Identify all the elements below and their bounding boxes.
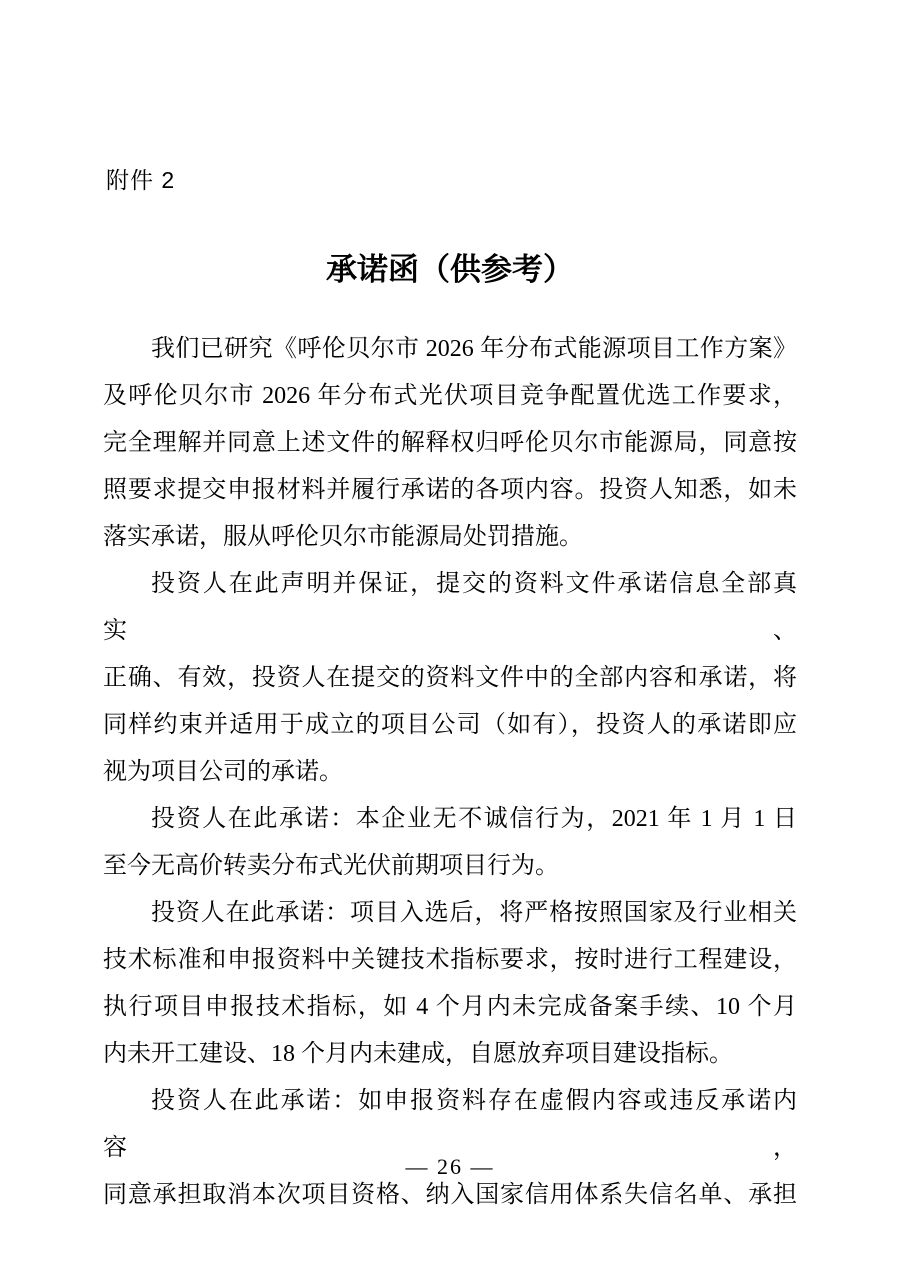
text-line: 正确、有效，投资人在提交的资料文件中的全部内容和承诺，将	[103, 655, 797, 702]
document-body: 我们已研究《呼伦贝尔市 2026 年分布式能源项目工作方案》及呼伦贝尔市 202…	[103, 326, 797, 1219]
page-number: — 26 —	[0, 1152, 900, 1182]
text-line: 投资人在此声明并保证，提交的资料文件承诺信息全部真实、	[103, 561, 797, 655]
text-line: 照要求提交申报材料并履行承诺的各项内容。投资人知悉，如未	[103, 467, 797, 514]
text-line: 落实承诺，服从呼伦贝尔市能源局处罚措施。	[103, 514, 797, 561]
text-line: 内未开工建设、18 个月内未建成，自愿放弃项目建设指标。	[103, 1031, 797, 1078]
text-line: 技术标准和申报资料中关键技术指标要求，按时进行工程建设，	[103, 937, 797, 984]
text-line: 执行项目申报技术指标，如 4 个月内未完成备案手续、10 个月	[103, 984, 797, 1031]
text-line: 投资人在此承诺：项目入选后，将严格按照国家及行业相关	[103, 890, 797, 937]
text-line: 及呼伦贝尔市 2026 年分布式光伏项目竞争配置优选工作要求，	[103, 373, 797, 420]
text-line: 投资人在此承诺：本企业无不诚信行为，2021 年 1 月 1 日	[103, 796, 797, 843]
document-page: 附件 2 承诺函（供参考） 我们已研究《呼伦贝尔市 2026 年分布式能源项目工…	[0, 0, 900, 1272]
paragraph: 我们已研究《呼伦贝尔市 2026 年分布式能源项目工作方案》及呼伦贝尔市 202…	[103, 326, 797, 561]
paragraph: 投资人在此承诺：本企业无不诚信行为，2021 年 1 月 1 日至今无高价转卖分…	[103, 796, 797, 890]
paragraph: 投资人在此声明并保证，提交的资料文件承诺信息全部真实、正确、有效，投资人在提交的…	[103, 561, 797, 796]
attachment-label: 附件 2	[106, 164, 175, 196]
text-line: 至今无高价转卖分布式光伏前期项目行为。	[103, 843, 797, 890]
text-line: 视为项目公司的承诺。	[103, 749, 797, 796]
text-line: 同样约束并适用于成立的项目公司（如有），投资人的承诺即应	[103, 702, 797, 749]
text-line: 完全理解并同意上述文件的解释权归呼伦贝尔市能源局，同意按	[103, 420, 797, 467]
document-title: 承诺函（供参考）	[0, 248, 900, 292]
text-line: 我们已研究《呼伦贝尔市 2026 年分布式能源项目工作方案》	[103, 326, 797, 373]
paragraph: 投资人在此承诺：项目入选后，将严格按照国家及行业相关技术标准和申报资料中关键技术…	[103, 890, 797, 1078]
paragraph: 投资人在此承诺：如申报资料存在虚假内容或违反承诺内容，同意承担取消本次项目资格、…	[103, 1078, 797, 1219]
